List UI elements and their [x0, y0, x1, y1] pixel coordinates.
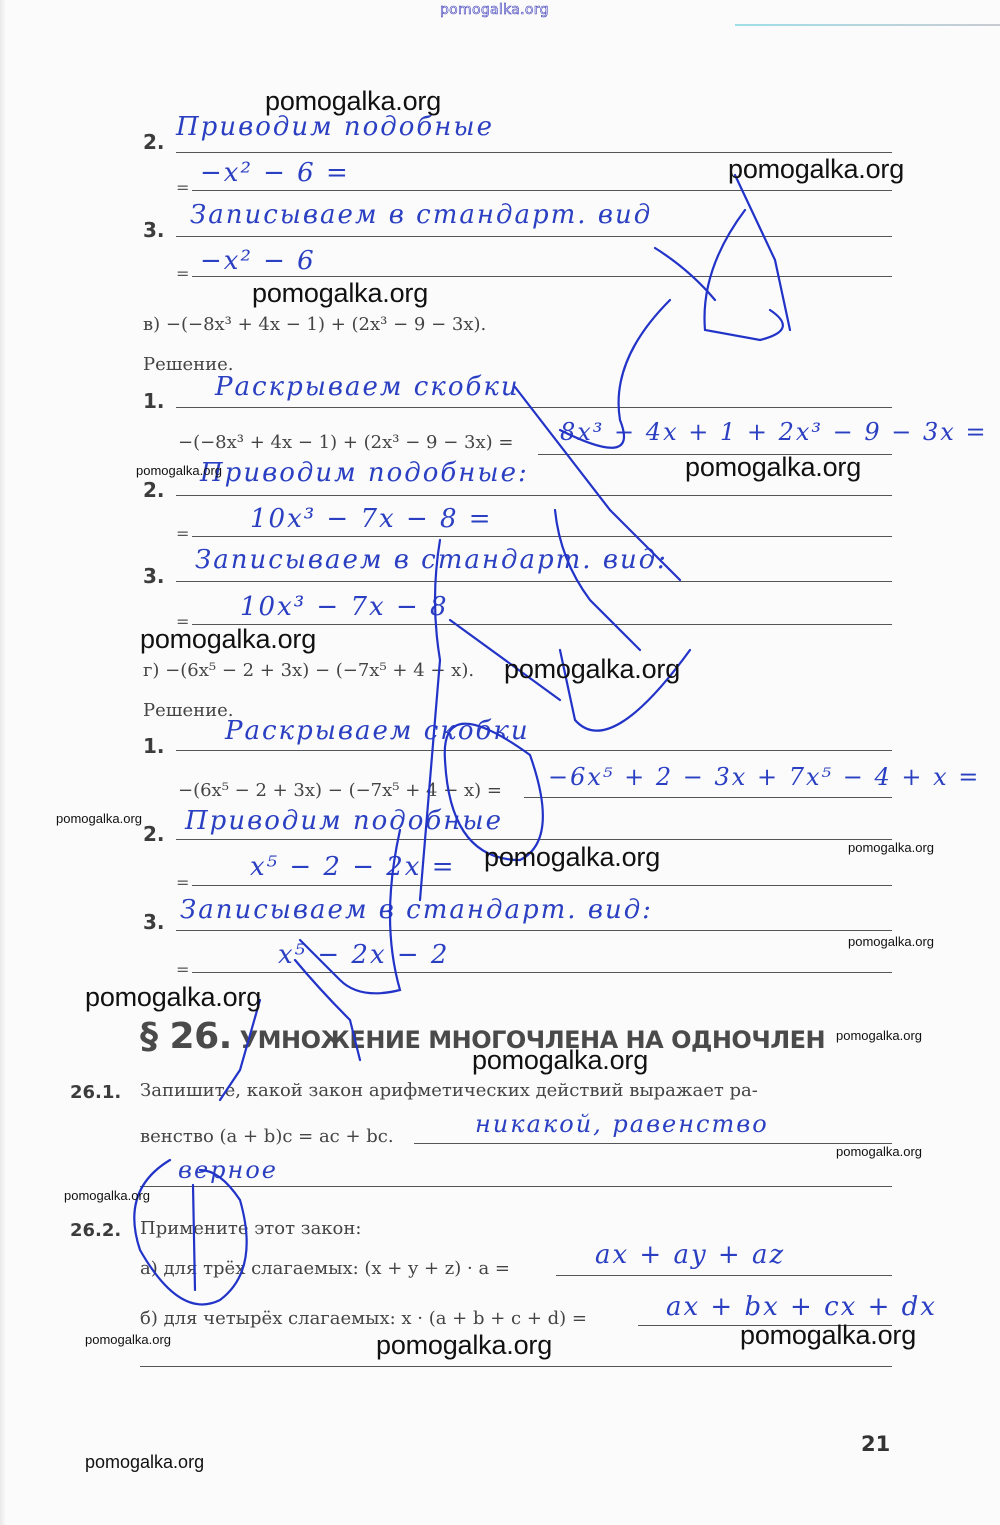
- handwritten-answer: 8x³ − 4x + 1 + 2x³ − 9 − 3x =: [560, 418, 988, 446]
- expression-text: −(−8x³ + 4x − 1) + (2x³ − 9 − 3x) =: [178, 432, 513, 453]
- handwritten-answer: Раскрываем скобки: [215, 372, 520, 402]
- watermark: pomogalka.org: [64, 1188, 150, 1203]
- answer-line: [192, 972, 892, 973]
- top-rule: [735, 24, 1000, 26]
- handwritten-answer: 10x³ − 7x − 8: [240, 592, 449, 622]
- handwritten-answer: −x² − 6: [200, 246, 316, 276]
- task-text: венство (a + b)c = ac + bc.: [140, 1126, 394, 1147]
- step-number: 3.: [143, 564, 165, 588]
- watermark: pomogalka.org: [140, 624, 316, 655]
- step-number: 3.: [143, 218, 165, 242]
- equals-sign: =: [176, 178, 189, 197]
- handwritten-answer: Записываем в стандарт. вид: [190, 200, 652, 230]
- answer-line: [140, 1366, 892, 1367]
- answer-line: [556, 1275, 892, 1276]
- task-number: 26.1.: [70, 1082, 121, 1103]
- problem-text: г) −(6x⁵ − 2 + 3x) − (−7x⁵ + 4 − x).: [143, 660, 474, 681]
- step-number: 1.: [143, 734, 165, 758]
- handwritten-answer: ax + bx + cx + dx: [666, 1292, 937, 1322]
- handwritten-answer: Раскрываем скобки: [225, 716, 530, 746]
- watermark: pomogalka.org: [265, 86, 441, 117]
- watermark: pomogalka.org: [836, 1144, 922, 1159]
- handwritten-answer: никакой, равенство: [475, 1110, 769, 1138]
- handwritten-answer: Записываем в стандарт. вид:: [180, 895, 653, 925]
- answer-line: [176, 407, 892, 408]
- watermark: pomogalka.org: [504, 654, 680, 685]
- answer-line: [176, 236, 892, 237]
- answer-line: [192, 536, 892, 537]
- handwritten-answer: −x² − 6 =: [200, 158, 350, 188]
- answer-line: [176, 930, 892, 931]
- answer-line: [414, 1143, 892, 1144]
- watermark: pomogalka.org: [376, 1330, 552, 1361]
- handwritten-answer: −6x⁵ + 2 − 3x + 7x⁵ − 4 + x =: [548, 763, 980, 791]
- page-number: 21: [861, 1432, 890, 1456]
- watermark: pomogalka.org: [685, 452, 861, 483]
- answer-line: [192, 885, 892, 886]
- step-number: 1.: [143, 389, 165, 413]
- problem-text: в) −(−8x³ + 4x − 1) + (2x³ − 9 − 3x).: [143, 314, 486, 335]
- equals-sign: =: [176, 524, 189, 543]
- handwritten-answer: Приводим подобные: [185, 806, 503, 836]
- answer-line: [192, 190, 892, 191]
- step-number: 3.: [143, 910, 165, 934]
- step-number: 2.: [143, 130, 165, 154]
- watermark: pomogalka.org: [252, 278, 428, 309]
- equals-sign: =: [176, 960, 189, 979]
- watermark: pomogalka.org: [472, 1045, 648, 1076]
- watermark: pomogalka.org: [56, 811, 142, 826]
- answer-line: [524, 797, 892, 798]
- watermark: pomogalka.org: [740, 1320, 916, 1351]
- watermark: pomogalka.org: [484, 842, 660, 873]
- answer-line: [140, 1186, 892, 1187]
- watermark: pomogalka.org: [836, 1028, 922, 1043]
- handwritten-answer: x⁵ − 2x − 2: [278, 940, 449, 970]
- task-text: Запишите, какой закон арифметических дей…: [140, 1080, 758, 1101]
- answer-line: [176, 750, 892, 751]
- handwritten-answer: 10x³ − 7x − 8 =: [250, 504, 493, 534]
- watermark: pomogalka.org: [848, 840, 934, 855]
- answer-line: [176, 581, 892, 582]
- handwritten-answer: x⁵ − 2 − 2x =: [250, 852, 456, 882]
- handwritten-answer: Приводим подобные:: [200, 458, 529, 488]
- answer-line: [176, 839, 892, 840]
- answer-line: [192, 276, 892, 277]
- step-number: 2.: [143, 822, 165, 846]
- watermark: pomogalka.org: [85, 1332, 171, 1347]
- top-watermark: pomogalka.org: [440, 2, 549, 18]
- watermark: pomogalka.org: [848, 934, 934, 949]
- handwritten-answer: Записываем в стандарт. вид:: [195, 545, 668, 575]
- watermark: pomogalka.org: [85, 1452, 204, 1473]
- task-number: 26.2.: [70, 1220, 121, 1241]
- watermark: pomogalka.org: [728, 154, 904, 185]
- step-number: 2.: [143, 478, 165, 502]
- task-text: Примените этот закон:: [140, 1218, 361, 1239]
- section-symbol: § 26.: [140, 1016, 232, 1057]
- equals-sign: =: [176, 873, 189, 892]
- answer-line: [176, 152, 892, 153]
- equals-sign: =: [176, 264, 189, 283]
- watermark: pomogalka.org: [136, 463, 222, 478]
- page-edge-shadow: [0, 0, 6, 1525]
- handwritten-answer: верное: [178, 1156, 278, 1184]
- answer-line: [176, 495, 892, 496]
- subtask-text: а) для трёх слагаемых: (x + y + z) · a =: [140, 1258, 510, 1279]
- watermark: pomogalka.org: [85, 982, 261, 1013]
- solution-label: Решение.: [143, 700, 234, 721]
- subtask-text: б) для четырёх слагаемых: x · (a + b + c…: [140, 1308, 587, 1329]
- expression-text: −(6x⁵ − 2 + 3x) − (−7x⁵ + 4 − x) =: [178, 780, 502, 801]
- handwritten-answer: ax + ay + az: [595, 1240, 785, 1270]
